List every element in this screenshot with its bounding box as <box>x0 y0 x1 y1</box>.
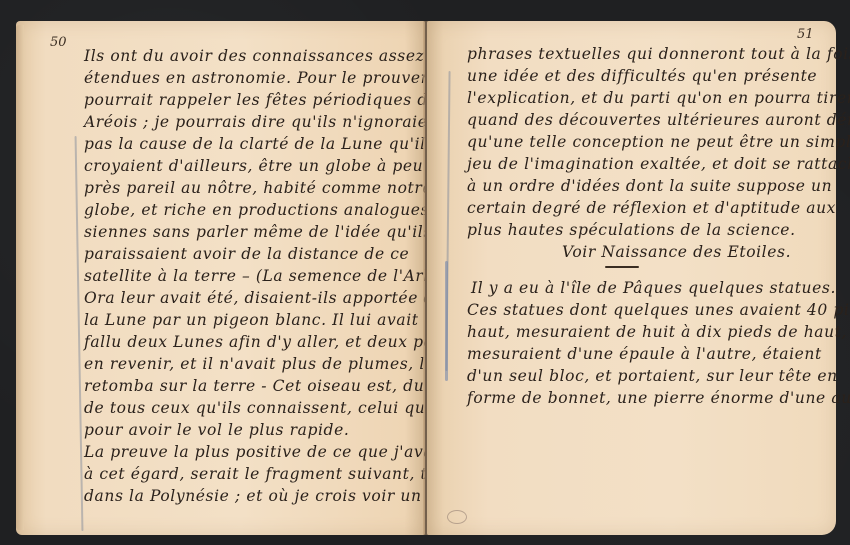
text-line: à cet égard, serait le fragment suivant,… <box>84 465 475 483</box>
section-divider <box>605 266 639 268</box>
text-line: quand des découvertes ultérieures auront… <box>467 111 850 129</box>
text-line: fallu deux Lunes afin d'y aller, et deux… <box>84 333 452 351</box>
text-line: Ces statues dont quelques unes avaient 4… <box>467 301 850 319</box>
text-line: d'un seul bloc, et portaient, sur leur t… <box>467 367 838 385</box>
text-line: Ora leur avait été, disaient-ils apporté… <box>84 289 444 307</box>
text-line: à un ordre d'idées dont la suite suppose… <box>467 177 832 195</box>
text-line: pas la cause de la clarté de la Lune qu'… <box>84 135 434 153</box>
text-line: pourrait rappeler les fêtes périodiques … <box>84 91 446 109</box>
text-line: la Lune par un pigeon blanc. Il lui avai… <box>84 311 419 329</box>
text-line: La preuve la plus positive de ce que j'a… <box>84 443 463 461</box>
text-line: phrases textuelles qui donneront tout à … <box>467 45 850 63</box>
right-page: 51 phrases textuelles qui donneront tout… <box>427 21 836 535</box>
text-line: étendues en astronomie. Pour le prouver … <box>84 69 455 87</box>
text-line: une idée et des difficultés qu'en présen… <box>467 67 817 85</box>
text-line: Il y a eu à l'île de Pâques quelques sta… <box>471 279 836 297</box>
page-number: 50 <box>50 35 67 50</box>
pencil-margin-line <box>75 136 84 531</box>
text-line: satellite à la terre – (La semence de l'… <box>84 267 452 285</box>
text-line: pour avoir le vol le plus rapide. <box>84 421 349 439</box>
notebook-spread: 50 Ils ont du avoir des connaissances as… <box>16 21 836 535</box>
reference-note: Voir Naissance des Etoiles. <box>562 243 791 261</box>
page-edge-stack <box>16 25 24 530</box>
text-line: qu'une telle conception ne peut être un … <box>467 133 850 151</box>
text-line: Aréois ; je pourrais dire qu'ils n'ignor… <box>84 113 445 131</box>
left-page: 50 Ils ont du avoir des connaissances as… <box>16 21 425 535</box>
page-number: 51 <box>797 27 814 42</box>
text-line: Ils ont du avoir des connaissances assez <box>84 47 424 65</box>
blue-pencil-mark <box>445 261 448 381</box>
text-line: globe, et riche en productions analogues… <box>84 201 464 219</box>
text-line: jeu de l'imagination exaltée, et doit se… <box>467 155 850 173</box>
text-line: plus hautes spéculations de la science. <box>467 221 796 239</box>
text-line: siennes sans parler même de l'idée qu'il… <box>84 223 432 241</box>
text-line: l'explication, et du parti qu'on en pour… <box>467 89 850 107</box>
text-line: haut, mesuraient de huit à dix pieds de … <box>467 323 847 341</box>
text-line: mesuraient d'une épaule à l'autre, étaie… <box>467 345 822 363</box>
library-stamp <box>447 510 467 524</box>
text-line: retomba sur la terre - Cet oiseau est, d… <box>84 377 473 395</box>
text-line: croyaient d'ailleurs, être un globe à pe… <box>84 157 423 175</box>
text-line: dans la Polynésie ; et où je crois voir … <box>84 487 422 505</box>
text-line: forme de bonnet, une pierre énorme d'une… <box>467 389 850 407</box>
text-line: certain degré de réflexion et d'aptitude… <box>467 199 836 217</box>
text-line: paraissaient avoir de la distance de ce <box>84 245 409 263</box>
text-line: près pareil au nôtre, habité comme notre <box>84 179 432 197</box>
